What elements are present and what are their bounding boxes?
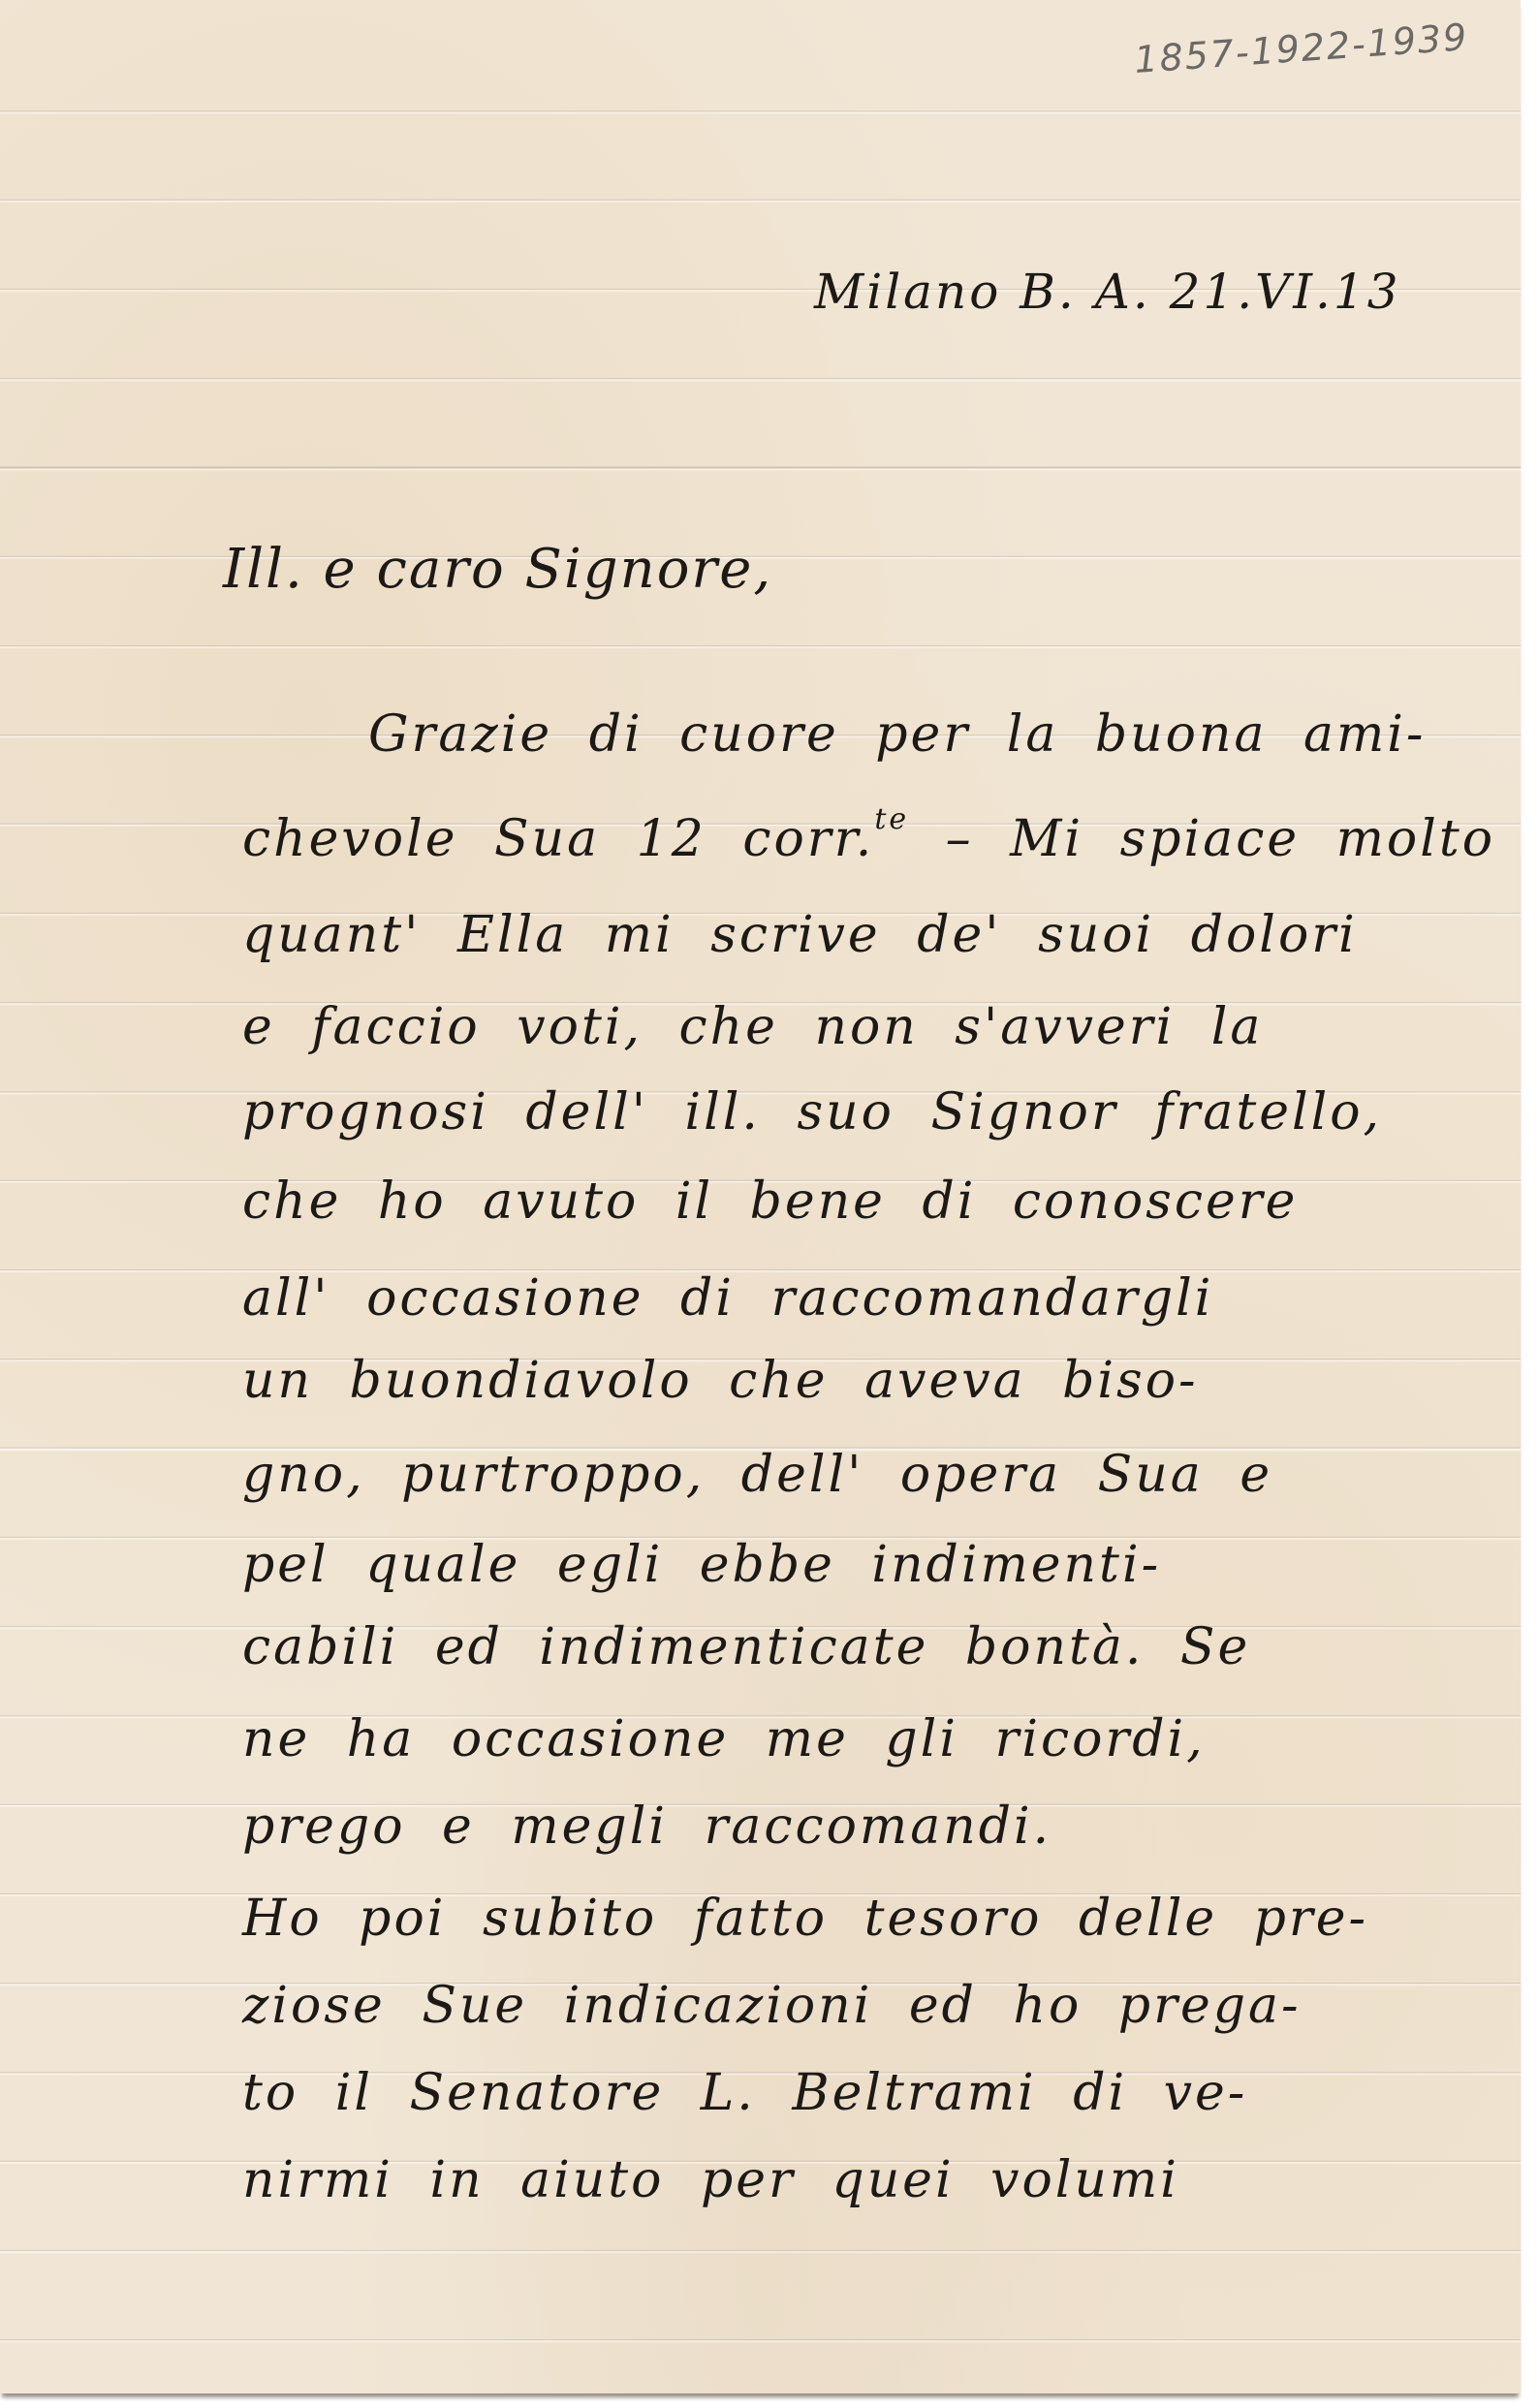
body-line-6: che ho avuto il bene di conoscere bbox=[242, 1173, 1298, 1231]
body-line-12: ne ha occasione me gli ricordi, bbox=[242, 1710, 1206, 1768]
body-line-14: Ho poi subito fatto tesoro delle pre- bbox=[242, 1890, 1368, 1948]
body-line-7: all' occasione di raccomandargli bbox=[242, 1269, 1213, 1328]
body-line-8: un buondiavolo che aveva biso- bbox=[242, 1352, 1199, 1410]
letter-page: 1857-1922-1939 Milano B. A. 21.VI.13 Ill… bbox=[0, 0, 1521, 2393]
body-line-9: gno, purtroppo, dell' opera Sua e bbox=[242, 1446, 1272, 1504]
body-line-17: nirmi in aiuto per quei volumi bbox=[242, 2151, 1179, 2209]
body-line-2-text: chevole Sua 12 corr. bbox=[242, 810, 874, 868]
body-line-10: pel quale egli ebbe indimenti- bbox=[242, 1536, 1161, 1594]
letter-body: Grazie di cuore per la buona ami- chevol… bbox=[0, 0, 1521, 2393]
body-line-2-after: – Mi spiace molto bbox=[909, 810, 1495, 868]
body-line-15: ziose Sue indicazioni ed ho prega- bbox=[242, 1977, 1302, 2035]
body-line-16: to il Senatore L. Beltrami di ve- bbox=[242, 2064, 1247, 2122]
body-line-3: quant' Ella mi scrive de' suoi dolori bbox=[242, 906, 1358, 964]
body-line-11: cabili ed indimenticate bontà. Se bbox=[242, 1618, 1250, 1676]
body-line-2: chevole Sua 12 corr.te – Mi spiace molto bbox=[242, 802, 1495, 868]
body-line-5: prognosi dell' ill. suo Signor fratello, bbox=[242, 1083, 1382, 1141]
body-line-13: prego e megli raccomandi. bbox=[242, 1798, 1051, 1856]
body-line-4: e faccio voti, che non s'avveri la bbox=[242, 998, 1263, 1056]
body-line-1: Grazie di cuore per la buona ami- bbox=[368, 705, 1426, 764]
superscript-abbreviation: te bbox=[874, 802, 909, 836]
